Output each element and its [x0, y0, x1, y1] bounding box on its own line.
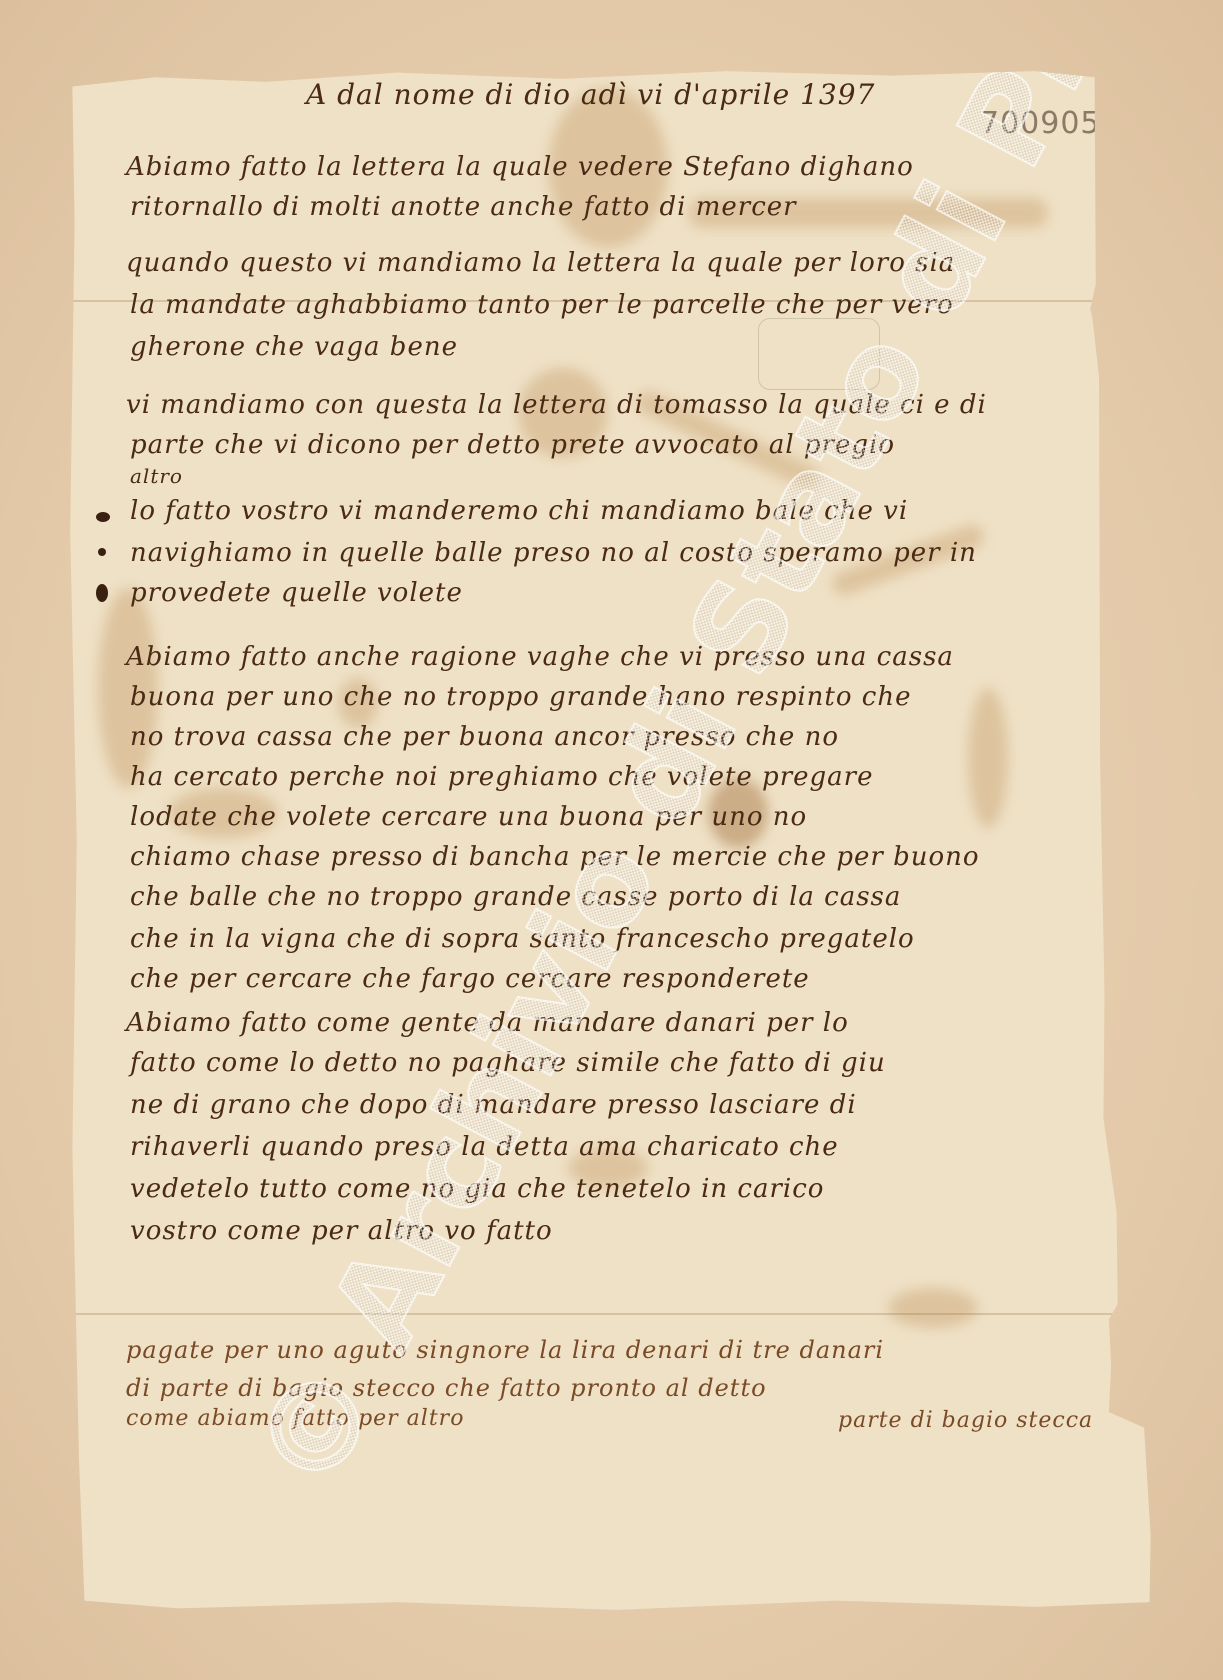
manuscript-sheet: A dal nome di dio adì vi d'aprile 1397 7…	[68, 68, 1166, 1613]
manuscript-line: ha cercato perche noi preghiamo che vole…	[130, 762, 873, 792]
water-stain	[968, 688, 1008, 828]
manuscript-line: quando questo vi mandiamo la lettera la …	[126, 248, 955, 278]
manuscript-line: Abiamo fatto anche ragione vaghe che vi …	[126, 642, 954, 672]
manuscript-line: buona per uno che no troppo grande hano …	[130, 682, 912, 712]
ink-blot	[98, 548, 106, 556]
manuscript-line: gherone che vaga bene	[130, 332, 458, 362]
ink-blot	[96, 512, 110, 522]
manuscript-line: altro	[130, 464, 183, 488]
ink-blot	[96, 584, 108, 602]
postscript-line: pagate per uno aguto singnore la lira de…	[126, 1336, 884, 1364]
letter-heading: A dal nome di dio adì vi d'aprile 1397	[306, 78, 875, 111]
manuscript-line: provedete quelle volete	[130, 578, 463, 608]
postscript-line: parte di bagio stecca	[838, 1408, 1093, 1433]
fold-line	[68, 1313, 1166, 1315]
manuscript-line: che per cercare che fargo cercare respon…	[130, 964, 810, 994]
postscript-line: di parte di bagio stecco che fatto pront…	[126, 1374, 767, 1402]
manuscript-line: ritornallo di molti anotte anche fatto d…	[130, 192, 797, 222]
water-stain	[888, 1288, 978, 1328]
manuscript-line: Abiamo fatto la lettera la quale vedere …	[126, 152, 914, 182]
